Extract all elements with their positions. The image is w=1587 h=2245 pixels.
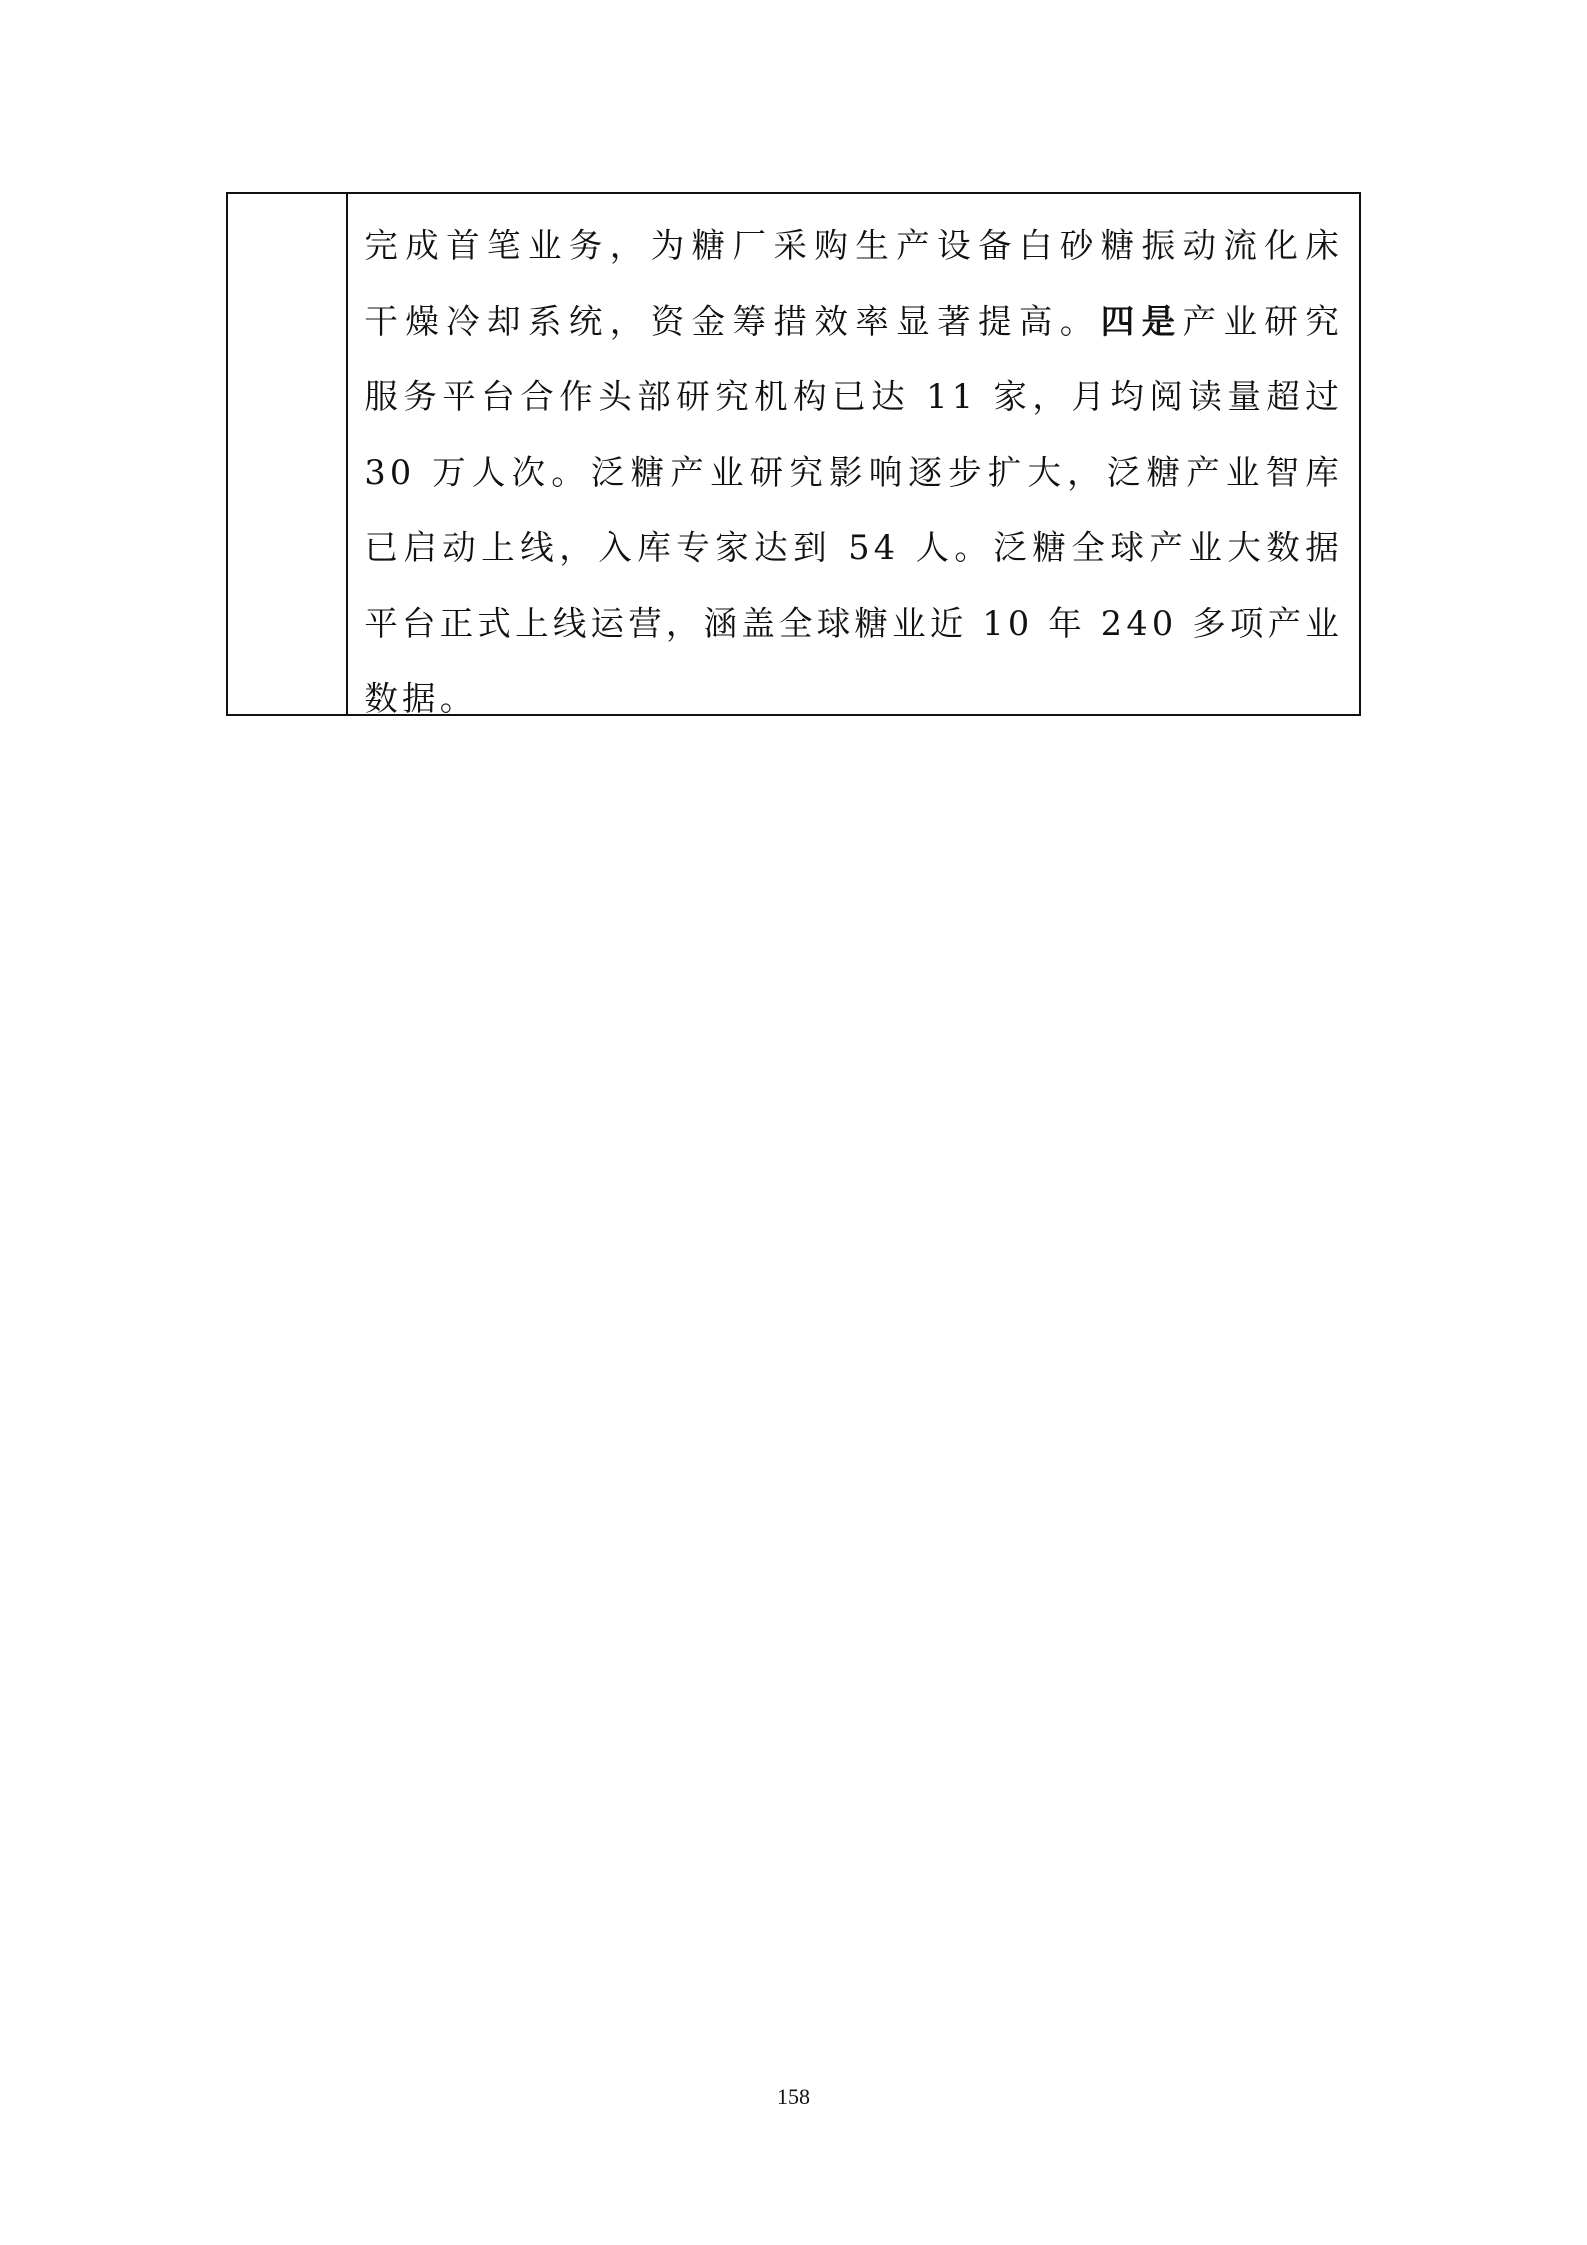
text-line-3: 服务平台合作头部研究机构已达 11 家，月均阅读量超过 [364, 359, 1343, 435]
text-line-4: 30 万人次。泛糖产业研究影响逐步扩大，泛糖产业智库 [364, 435, 1343, 511]
table-right-cell: 完成首笔业务，为糖厂采购生产设备白砂糖振动流化床 干燥冷却系统，资金筹措效率显著… [348, 194, 1359, 714]
text-line-2-post: 产业研究 [1183, 302, 1343, 341]
text-line-1: 完成首笔业务，为糖厂采购生产设备白砂糖振动流化床 [364, 208, 1343, 284]
text-line-2-bold: 四是 [1101, 302, 1183, 341]
content-table: 完成首笔业务，为糖厂采购生产设备白砂糖振动流化床 干燥冷却系统，资金筹措效率显著… [226, 192, 1361, 716]
text-line-7: 数据。 [364, 661, 1343, 737]
text-line-2: 干燥冷却系统，资金筹措效率显著提高。四是产业研究 [364, 284, 1343, 360]
table-left-cell [228, 194, 348, 714]
text-line-2-pre: 干燥冷却系统，资金筹措效率显著提高。 [364, 302, 1100, 341]
text-line-6: 平台正式上线运营，涵盖全球糖业近 10 年 240 多项产业 [364, 586, 1343, 662]
text-line-5: 已启动上线，入库专家达到 54 人。泛糖全球产业大数据 [364, 510, 1343, 586]
page-number: 158 [0, 2084, 1587, 2110]
